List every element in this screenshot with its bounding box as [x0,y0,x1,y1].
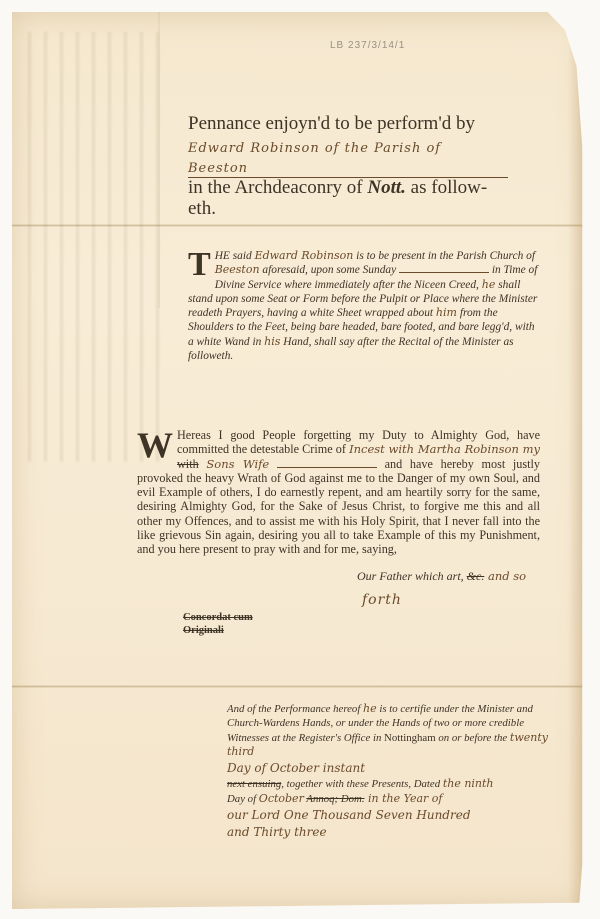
blank-rule [399,272,489,273]
concordat-stamp: Concordat cum Originali [183,611,253,637]
archive-reference: LB 237/3/14/1 [330,40,405,51]
title-printed-line2: in the Archdeaconry of Nott. as follow- … [188,177,568,219]
edge-stain [568,12,588,909]
handwritten-penitent-name: Edward Robinson of the Parish of [188,141,518,156]
handwritten-name: Edward Robinson [255,249,354,262]
handwritten-forth: forth [362,592,402,608]
prayer-line: Our Father which art, &c. and so [357,569,526,584]
handwritten-dated: the ninth [443,777,494,790]
handwritten-year-line1: our Lord One Thousand Seven Hundred [227,807,567,824]
certification-text: And of the Performance hereof he is to c… [227,702,567,841]
fold-line-upper [12,224,588,227]
ink-bleed-through [20,32,170,462]
drop-cap-t: T [188,251,211,279]
archdeaconry-name: Nott. [367,177,406,198]
title-printed-line1: Pennance enjoyn'd to be perform'd by [188,113,548,135]
document-title: Pennance enjoyn'd to be perform'd by Edw… [188,113,548,135]
handwritten-parish: Beeston [215,263,260,276]
handwritten-year-line2: and Thirty three [227,824,567,841]
fold-line-lower [12,685,588,688]
handwritten-crime: Incest with Martha Robinson my [349,442,540,456]
registry-place: Nottingham [384,732,436,744]
drop-cap-w: W [137,430,173,460]
penance-instructions: THE said Edward Robinson is to be presen… [188,249,540,363]
confession-text: WHereas I good People forgetting my Duty… [137,428,540,557]
handwritten-parish: Beeston [188,161,248,176]
handwritten-deadline-month: Day of October instant [227,760,567,777]
blank-rule [277,467,377,468]
fold-line-vertical [158,12,160,308]
